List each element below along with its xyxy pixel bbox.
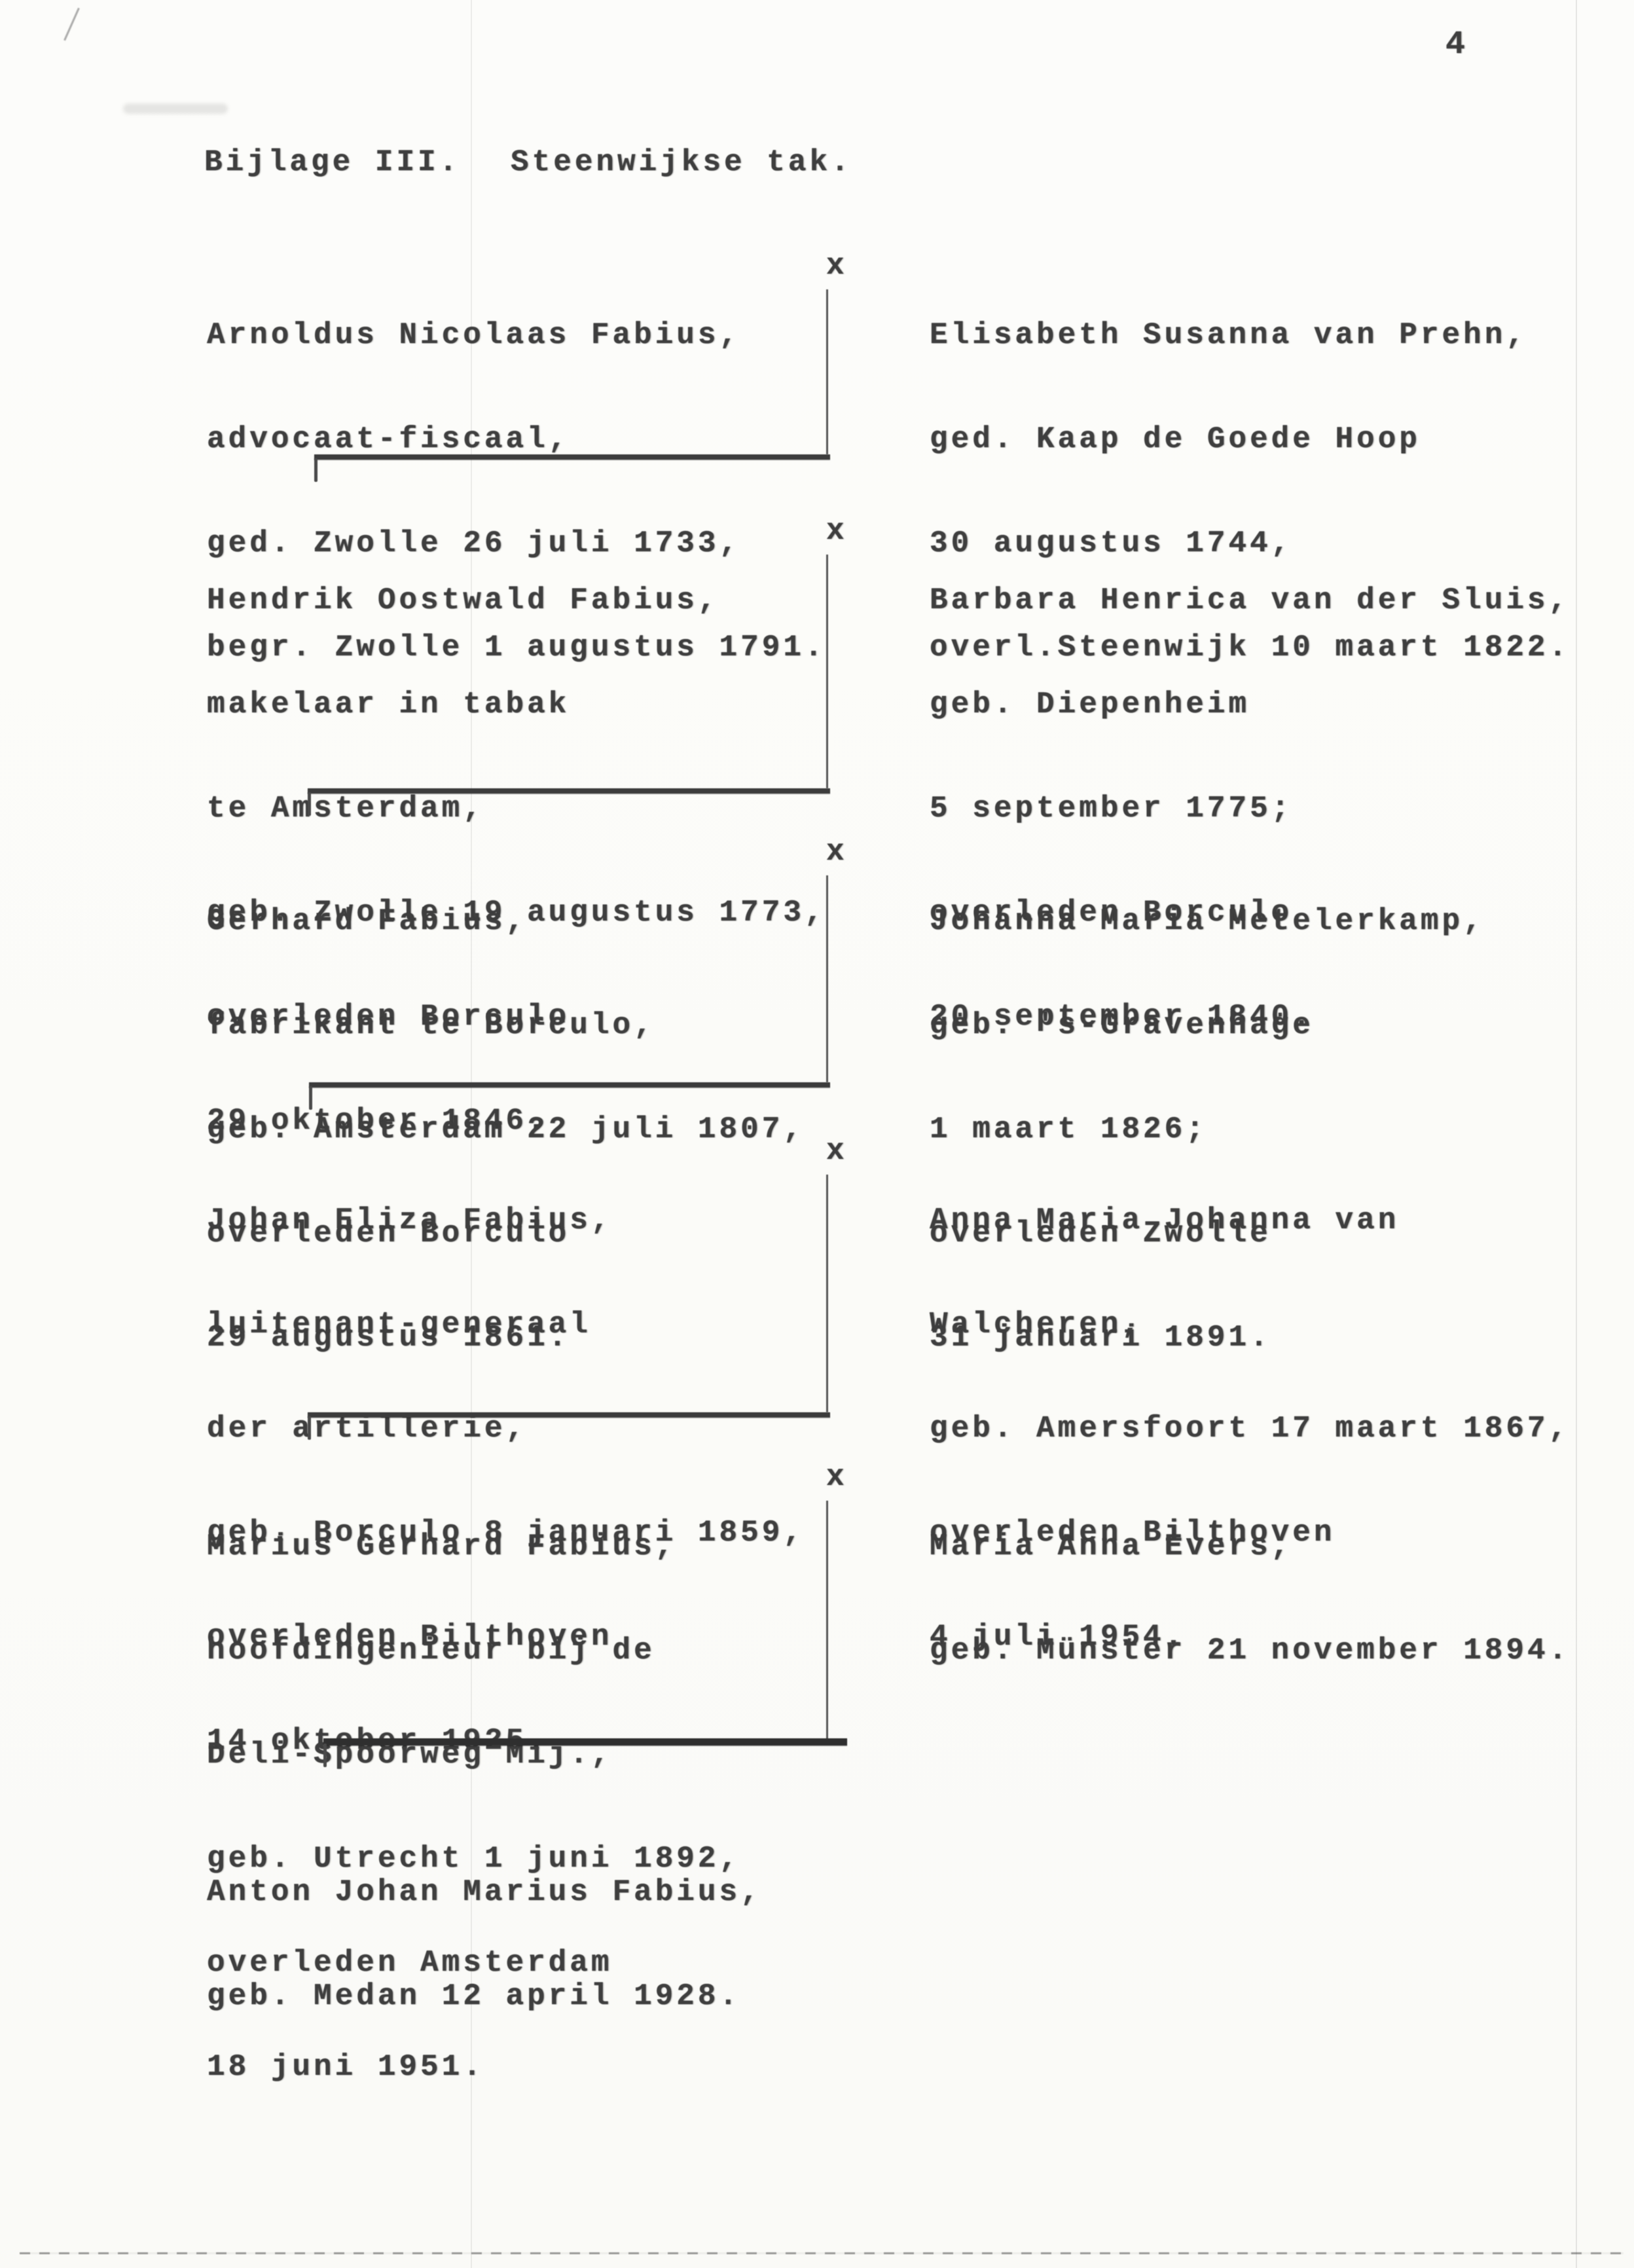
- descent-line-tick: [308, 792, 311, 816]
- person-line: fabrikant te Borculo,: [207, 1008, 805, 1043]
- descent-line-vertical: [826, 289, 828, 454]
- descent-line-horizontal: [309, 1082, 830, 1088]
- person-line: ged. Kaap de Goede Hoop: [930, 422, 1570, 457]
- person-line: geb. Münster 21 november 1894.: [930, 1634, 1570, 1668]
- document-page: 4 Bijlage III. Steenwijkse tak. Arnoldus…: [0, 0, 1634, 2268]
- descent-line-vertical: [826, 875, 828, 1082]
- person-line: te Amsterdam,: [207, 792, 826, 826]
- marriage-x-symbol: x: [826, 835, 848, 869]
- person-line: geb. Amersfoort 17 maart 1867,: [930, 1412, 1570, 1446]
- final-descendant: Anton Johan Marius Fabius, geb. Medan 12…: [207, 1806, 762, 2083]
- descent-line-horizontal: [314, 454, 830, 460]
- descent-line-horizontal: [308, 788, 830, 794]
- descent-line-tick: [323, 1744, 327, 1767]
- descent-line-horizontal: [323, 1738, 847, 1746]
- person-line: Anna Maria Johanna van: [930, 1203, 1570, 1238]
- person-line: 5 september 1775;: [930, 792, 1570, 826]
- marriage-x-symbol: x: [826, 1460, 848, 1495]
- person-line: advocaat-fiscaal,: [207, 422, 826, 457]
- descent-line-vertical: [826, 1175, 828, 1412]
- person-line: Walcheren,: [930, 1308, 1570, 1342]
- person-line: luitenant-generaal: [207, 1308, 805, 1342]
- person-line: Anton Johan Marius Fabius,: [207, 1875, 762, 1910]
- person-line: hoofdingenieur bij de: [207, 1634, 740, 1668]
- marriage-x-symbol: x: [826, 514, 848, 549]
- scan-streak: [1576, 0, 1577, 2268]
- person-line: Elisabeth Susanna van Prehn,: [930, 318, 1570, 353]
- couple-5-wife: Maria Anna Evers, geb. Münster 21 novemb…: [930, 1460, 1570, 1738]
- scan-smudge: [123, 103, 228, 114]
- person-line: Barbara Henrica van der Sluis,: [930, 583, 1570, 618]
- person-line: Gerhard Fabius,: [207, 904, 805, 939]
- marriage-x-symbol: x: [826, 249, 848, 283]
- person-line: Hendrik Oostwald Fabius,: [207, 583, 826, 618]
- page-number: 4: [1445, 27, 1468, 62]
- appendix-title: Bijlage III.: [204, 145, 460, 180]
- person-line: makelaar in tabak: [207, 687, 826, 722]
- person-line: Marius Gerhard Fabius,: [207, 1529, 740, 1564]
- descent-line-tick: [309, 1086, 312, 1110]
- descent-line-vertical: [826, 555, 828, 788]
- scan-mark: [64, 8, 80, 41]
- person-line: geb. Medan 12 april 1928.: [207, 1979, 762, 2014]
- person-line: Arnoldus Nicolaas Fabius,: [207, 318, 826, 353]
- marriage-x-symbol: x: [826, 1134, 848, 1169]
- descent-line-horizontal: [308, 1412, 830, 1417]
- person-line: Johan Eliza Fabius,: [207, 1203, 805, 1238]
- person-line: Maria Anna Evers,: [930, 1529, 1570, 1564]
- scan-bottom-line: [20, 2252, 1624, 2254]
- person-line: Johanna Maria Metelerkamp,: [930, 904, 1485, 939]
- person-line: geb. Diepenheim: [930, 687, 1570, 722]
- descent-line-vertical: [826, 1501, 828, 1740]
- person-line: geb. 's-Gravenhage: [930, 1008, 1485, 1043]
- descent-line-tick: [308, 1416, 311, 1440]
- descent-line-tick: [314, 458, 318, 482]
- branch-title: Steenwijkse tak.: [511, 145, 852, 180]
